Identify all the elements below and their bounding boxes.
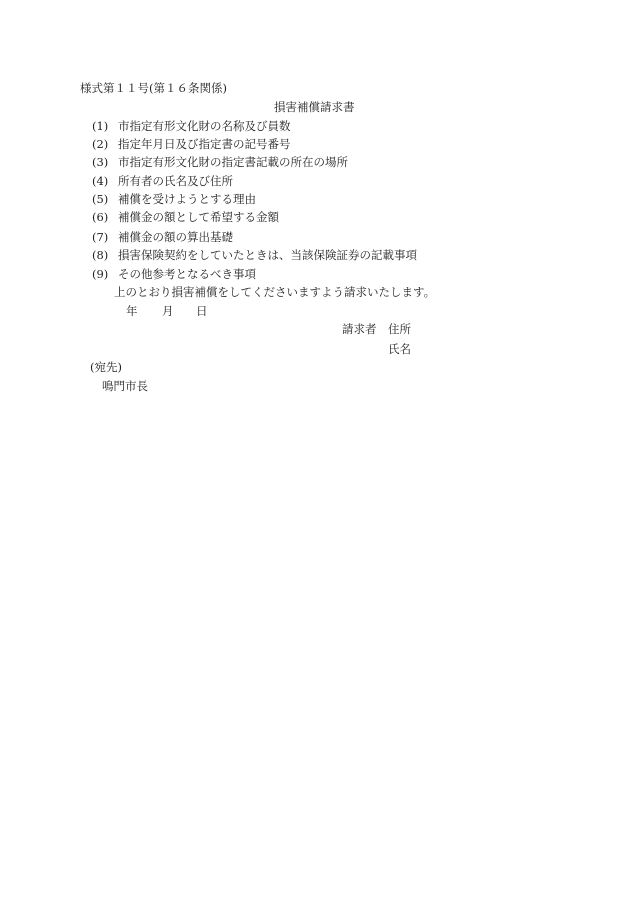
list-item: (4)所有者の氏名及び住所 — [92, 174, 233, 188]
list-item: (8)損害保険契約をしていたときは、当該保険証券の記載事項 — [92, 248, 417, 262]
requester-address-label: 住所 — [388, 322, 411, 336]
document-title: 損害補償請求書 — [274, 100, 355, 114]
list-item: (6)補償金の額として希望する金額 — [92, 210, 279, 224]
addressee-label: (宛先) — [90, 360, 122, 374]
date-year: 年 — [126, 304, 138, 318]
list-item: (1)市指定有形文化財の名称及び員数 — [92, 119, 291, 133]
list-item: (5)補償を受けようとする理由 — [92, 192, 256, 206]
date-day: 日 — [196, 304, 208, 318]
list-item: (9)その他参考となるべき事項 — [92, 267, 256, 281]
list-item: (3)市指定有形文化財の指定書記載の所在の場所 — [92, 155, 348, 169]
requester-name-label: 氏名 — [388, 342, 411, 356]
request-statement: 上のとおり損害補償をしてくださいますよう請求いたします。 — [114, 285, 435, 299]
requester-label: 請求者 — [342, 322, 377, 336]
list-item: (7)補償金の額の算出基礎 — [92, 230, 233, 244]
date-month: 月 — [162, 304, 174, 318]
list-item: (2)指定年月日及び指定書の記号番号 — [92, 137, 291, 151]
form-header: 様式第１１号(第１６条関係) — [80, 81, 227, 95]
addressee-name: 鳴門市長 — [102, 379, 148, 393]
